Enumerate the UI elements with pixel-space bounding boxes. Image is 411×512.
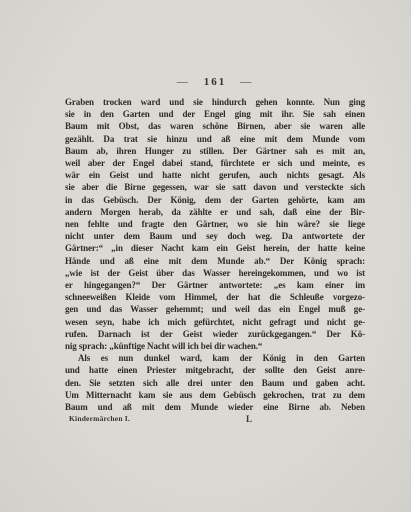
text-line: Baum und aß mit dem Munde wieder eine Bi… (65, 401, 365, 413)
page-header: —161— (65, 76, 365, 88)
text-line: Hände und aß eine mit dem Munde ab.“ Der… (65, 255, 365, 267)
text-line: wesen seyn, habe ich mich gefürchtet, ni… (65, 316, 365, 328)
text-line: rufen. Darnach ist der Geist wieder zurü… (65, 328, 365, 340)
text-line: und hatte einen Priester mitgebracht, de… (65, 364, 365, 376)
text-line: Als es nun dunkel ward, kam der König in… (65, 352, 365, 364)
text-line: nicht unter dem Baum und sey doch weg. D… (65, 230, 365, 242)
text-line: den. Sie setzten sich alle drei unter de… (65, 377, 365, 389)
text-line: weil aber der Engel dabei stand, fürchte… (65, 157, 365, 169)
text-line: er hingegangen?“ Der Gärtner antwortete:… (65, 279, 365, 291)
text-line: „wie ist der Geist über das Wasser herei… (65, 267, 365, 279)
text-line: Graben trocken ward und sie hindurch geh… (65, 96, 365, 108)
text-line: nen fehlte und fragte den Gärtner, wo si… (65, 218, 365, 230)
text-line: Gärtner:“ „in dieser Nacht kam ein Geist… (65, 242, 365, 254)
book-page-scan: —161— Graben trocken ward und sie hindur… (0, 0, 411, 512)
text-line: gen und das Wasser gehemmt; und weil das… (65, 303, 365, 315)
footer-volume-label: Kindermärchen I. (69, 414, 130, 423)
text-line: Baum mit Obst, das waren schöne Birnen, … (65, 120, 365, 132)
text-line: wär ein Geist und hatte nicht gerufen, a… (65, 169, 365, 181)
signature-mark: L (246, 414, 252, 424)
text-line: gezählt. Da trat sie hinzu und aß eine m… (65, 133, 365, 145)
text-line: andern Morgen herab, da zählte er und sa… (65, 206, 365, 218)
text-line: Baum ab, ihren Hunger zu stillen. Der Gä… (65, 145, 365, 157)
page-number: 161 (204, 76, 227, 88)
page-number-dash-right: — (240, 76, 253, 88)
text-line: nig sprach: „künftige Nacht will ich bei… (65, 340, 365, 352)
text-line: schneeweißen Kleide vom Himmel, der hat … (65, 291, 365, 303)
page-number-dash-left: — (177, 76, 190, 88)
text-line: Um Mitternacht kam sie aus dem Gebüsch g… (65, 389, 365, 401)
text-line: in das Gebüsch. Der König, dem der Garte… (65, 194, 365, 206)
text-line: sie in den Garten und der Engel ging mit… (65, 108, 365, 120)
page-footer: Kindermärchen I. L (65, 414, 365, 428)
text-line: sie aber die Birne gegessen, war sie sat… (65, 181, 365, 193)
body-text: Graben trocken ward und sie hindurch geh… (65, 96, 365, 413)
